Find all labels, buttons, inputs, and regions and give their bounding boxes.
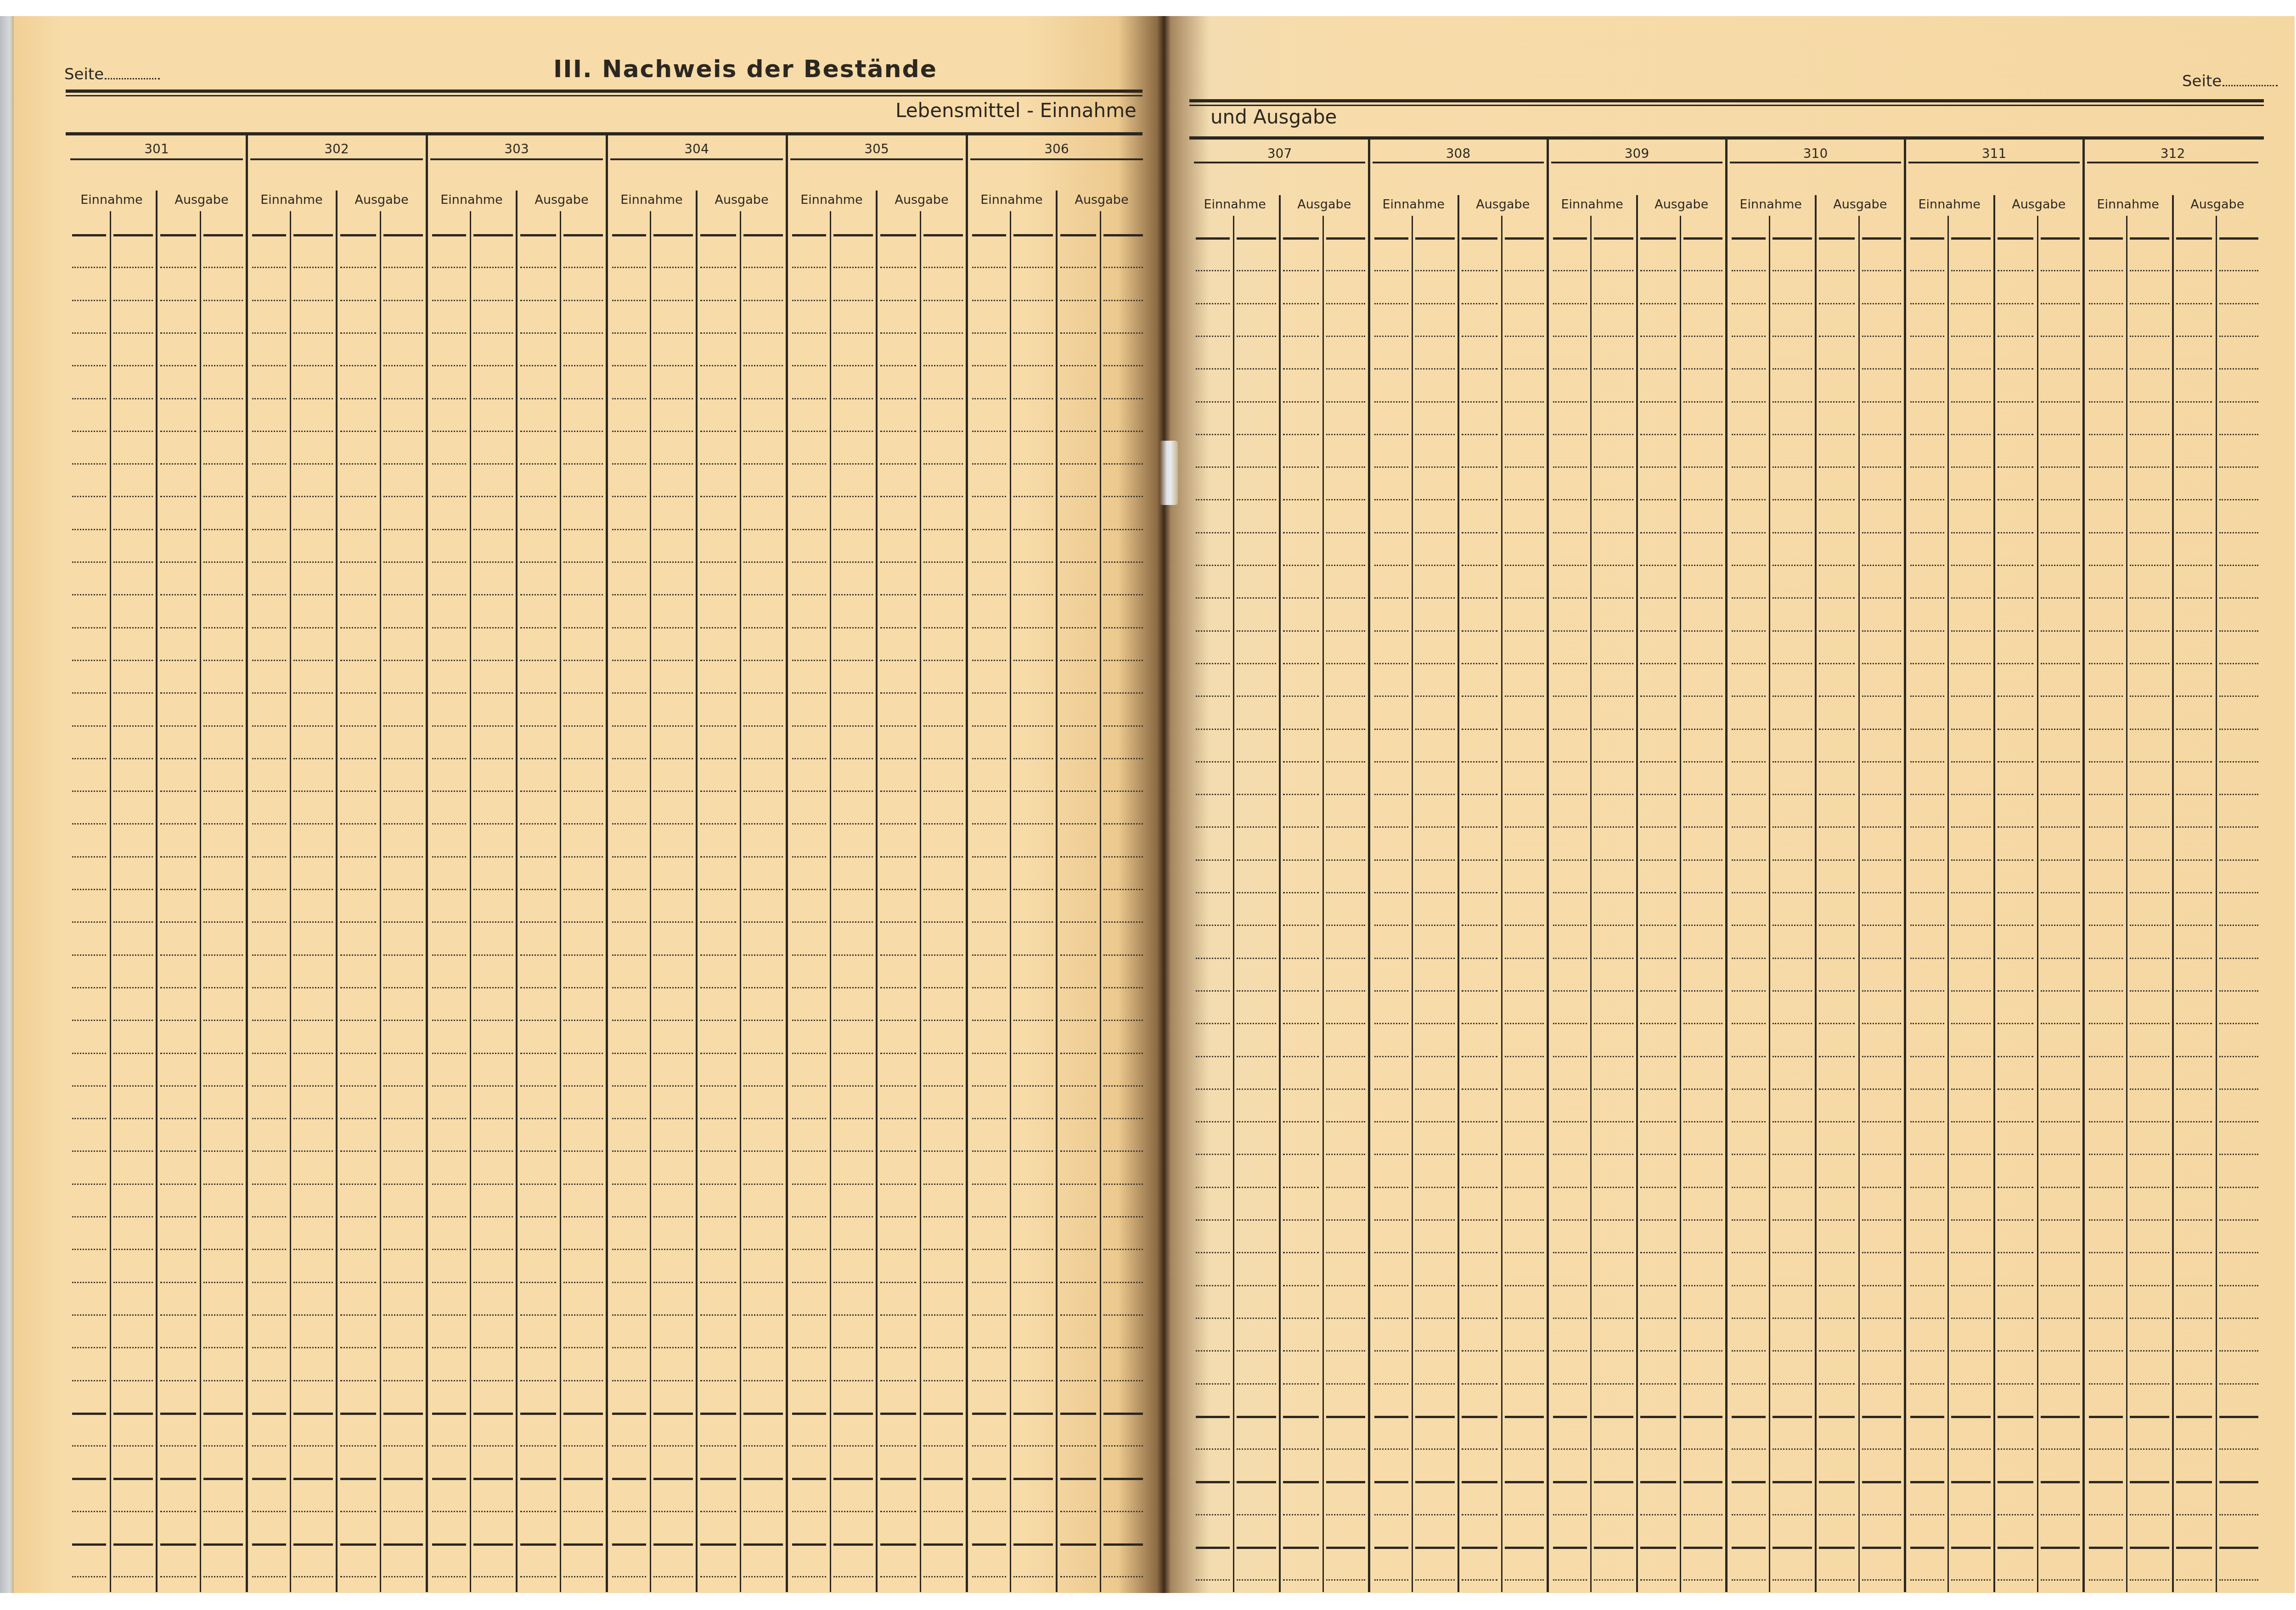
ledger-row-dotted-line — [1415, 1350, 1455, 1352]
ledger-row-dotted-line — [293, 758, 333, 759]
ledger-row-dotted-line — [1374, 892, 1408, 893]
unit-split-line — [110, 211, 111, 1592]
ledger-row-dotted-line — [1910, 729, 1944, 730]
ledger-row-dotted-line — [700, 431, 736, 432]
ledger-row-dotted-line — [1819, 696, 1855, 697]
ledger-row-dotted-line — [340, 1118, 376, 1119]
ledger-row-dotted-line — [1773, 597, 1812, 599]
ledger-row-dotted-line — [203, 463, 243, 465]
ledger-row-dotted-line — [1060, 594, 1096, 595]
ledger-row-dotted-line — [203, 561, 243, 563]
ledger-row-dotted-line — [563, 1282, 603, 1283]
ledger-row-dotted-line — [293, 1380, 333, 1381]
ledger-row-dotted-line — [972, 1347, 1006, 1348]
ledger-row-dotted-line — [432, 267, 466, 268]
ledger-row-solid-line — [383, 1543, 423, 1546]
ledger-row-dotted-line — [473, 496, 513, 497]
ledger-row-dotted-line — [880, 856, 916, 858]
ledger-row-dotted-line — [833, 1118, 873, 1119]
ledger-row-dotted-line — [252, 856, 286, 858]
ledger-row-dotted-line — [880, 1576, 916, 1577]
ledger-row-dotted-line — [743, 791, 783, 792]
ledger-row-dotted-line — [880, 1380, 916, 1381]
ledger-row-dotted-line — [1683, 434, 1723, 435]
ledger-row-dotted-line — [1060, 561, 1096, 563]
ledger-row-dotted-line — [1910, 630, 1944, 632]
ledger-row-dotted-line — [743, 889, 783, 890]
ledger-row-dotted-line — [383, 1576, 423, 1577]
ledger-row-dotted-line — [2041, 499, 2080, 500]
ledger-row-dotted-line — [792, 823, 826, 825]
ledger-row-dotted-line — [1910, 1088, 1944, 1090]
ledger-row-dotted-line — [203, 300, 243, 301]
ledger-row-dotted-line — [1998, 729, 2033, 730]
ledger-row-dotted-line — [1819, 1285, 1855, 1286]
ledger-row-dotted-line — [473, 791, 513, 792]
ledger-row-dotted-line — [1415, 761, 1455, 763]
ledger-row-dotted-line — [432, 1282, 466, 1283]
ledger-row-dotted-line — [1415, 1514, 1455, 1515]
ledger-row-dotted-line — [432, 1347, 466, 1348]
ledger-row-dotted-line — [2176, 990, 2212, 992]
ledger-row-dotted-line — [293, 398, 333, 399]
ledger-row-dotted-line — [203, 987, 243, 988]
ledger-row-dotted-line — [1196, 729, 1230, 730]
ledger-row-dotted-line — [880, 1020, 916, 1021]
ledger-row-solid-line — [1283, 1547, 1319, 1549]
ledger-row-dotted-line — [1283, 761, 1319, 763]
ledger-row-dotted-line — [563, 1216, 603, 1217]
ledger-row-dotted-line — [113, 1511, 153, 1512]
ledger-row-dotted-line — [2130, 401, 2169, 403]
ledger-row-dotted-line — [1196, 434, 1230, 435]
ledger-row-dotted-line — [252, 823, 286, 825]
ledger-row-solid-line — [1683, 1481, 1723, 1483]
ledger-row-dotted-line — [383, 431, 423, 432]
ledger-row-dotted-line — [1326, 1252, 1366, 1253]
ledger-row-dotted-line — [612, 1380, 646, 1381]
ledger-row-dotted-line — [743, 1020, 783, 1021]
ledger-row-dotted-line — [972, 987, 1006, 988]
column-group-number: 311 — [1905, 146, 2083, 161]
ledger-row-dotted-line — [1910, 859, 1944, 861]
ledger-row-dotted-line — [1462, 499, 1497, 500]
ledger-row-dotted-line — [1013, 1085, 1053, 1087]
ledger-row-dotted-line — [1196, 1285, 1230, 1286]
ledger-row-dotted-line — [1910, 663, 1944, 664]
ledger-row-dotted-line — [1998, 663, 2033, 664]
ledger-row-dotted-line — [1013, 300, 1053, 301]
ledger-row-dotted-line — [1998, 1154, 2033, 1155]
ledger-row-dotted-line — [1732, 1285, 1766, 1286]
ledger-row-dotted-line — [792, 1314, 826, 1316]
ledger-row-solid-line — [2130, 1547, 2169, 1549]
ledger-row-dotted-line — [653, 856, 693, 858]
ledger-row-dotted-line — [432, 1380, 466, 1381]
ledger-row-dotted-line — [923, 398, 963, 399]
left-page-number-field[interactable]: Seite — [64, 67, 160, 82]
ledger-row-dotted-line — [293, 1053, 333, 1054]
ledger-row-dotted-line — [160, 332, 196, 334]
ledger-row-dotted-line — [1326, 663, 1366, 664]
ledger-row-dotted-line — [1553, 761, 1587, 763]
ledger-row-dotted-line — [653, 332, 693, 334]
ledger-row-dotted-line — [2219, 1350, 2259, 1352]
ledger-row-dotted-line — [972, 758, 1006, 759]
ledger-row-dotted-line — [2130, 336, 2169, 337]
ledger-row-dotted-line — [1819, 1056, 1855, 1057]
ledger-row-dotted-line — [473, 1282, 513, 1283]
ledger-row-dotted-line — [203, 1347, 243, 1348]
ledger-row-dotted-line — [340, 398, 376, 399]
ledger-row-dotted-line — [1951, 1056, 1991, 1057]
ledger-row-dotted-line — [2219, 532, 2259, 533]
ledger-row-dotted-line — [203, 431, 243, 432]
einnahme-header: Einnahme — [247, 193, 337, 207]
ledger-row-dotted-line — [383, 1053, 423, 1054]
page-number-blank[interactable] — [2223, 85, 2278, 86]
ledger-row-dotted-line — [473, 594, 513, 595]
ledger-row-dotted-line — [340, 1511, 376, 1512]
ledger-row-dotted-line — [1553, 1088, 1587, 1090]
ledger-row-dotted-line — [1415, 892, 1455, 893]
ledger-row-dotted-line — [1237, 925, 1276, 926]
ledger-row-dotted-line — [833, 561, 873, 563]
ledger-row-dotted-line — [1374, 1121, 1408, 1122]
ledger-row-dotted-line — [2041, 1121, 2080, 1122]
ledger-row-dotted-line — [1283, 532, 1319, 533]
ledger-row-solid-line — [293, 1478, 333, 1480]
ledger-row-dotted-line — [203, 627, 243, 628]
einnahme-ausgabe-divider — [1056, 191, 1058, 1592]
ledger-row-dotted-line — [340, 1445, 376, 1447]
ledger-row-dotted-line — [1819, 532, 1855, 533]
ledger-row-dotted-line — [1683, 1350, 1723, 1352]
ledger-row-dotted-line — [563, 594, 603, 595]
header-base-line — [1910, 237, 1944, 240]
ledger-row-dotted-line — [1862, 336, 1902, 337]
ledger-row-dotted-line — [612, 267, 646, 268]
ledger-row-dotted-line — [1819, 270, 1855, 271]
ledger-row-dotted-line — [293, 823, 333, 825]
ledger-row-dotted-line — [612, 660, 646, 661]
ledger-row-dotted-line — [1505, 925, 1544, 926]
ledger-row-dotted-line — [880, 300, 916, 301]
ledger-row-dotted-line — [2219, 1383, 2259, 1385]
einnahme-header: Einnahme — [427, 193, 517, 207]
ledger-row-dotted-line — [252, 267, 286, 268]
ledger-row-dotted-line — [1415, 663, 1455, 664]
ledger-row-dotted-line — [160, 365, 196, 366]
ledger-row-dotted-line — [432, 496, 466, 497]
ledger-row-dotted-line — [880, 1184, 916, 1185]
ledger-row-dotted-line — [2130, 1285, 2169, 1286]
ledger-row-dotted-line — [923, 1445, 963, 1447]
ledger-row-solid-line — [1326, 1547, 1366, 1549]
ledger-row-dotted-line — [743, 1511, 783, 1512]
ledger-row-dotted-line — [340, 431, 376, 432]
ledger-row-dotted-line — [2219, 1252, 2259, 1253]
ledger-row-dotted-line — [563, 823, 603, 825]
ledger-row-dotted-line — [72, 1347, 106, 1348]
ledger-row-dotted-line — [1683, 532, 1723, 533]
page-label: Seite — [2182, 72, 2222, 90]
ledger-row-dotted-line — [1326, 303, 1366, 304]
ledger-row-dotted-line — [252, 463, 286, 465]
ledger-row-dotted-line — [340, 1020, 376, 1021]
ledger-row-dotted-line — [1862, 401, 1902, 403]
ledger-row-dotted-line — [923, 1314, 963, 1316]
ledger-row-dotted-line — [563, 791, 603, 792]
ledger-row-dotted-line — [2041, 466, 2080, 468]
ledger-row-dotted-line — [252, 496, 286, 497]
ledger-row-dotted-line — [383, 1020, 423, 1021]
ledger-row-dotted-line — [1998, 1088, 2033, 1090]
ledger-row-dotted-line — [520, 529, 556, 530]
ledger-row-dotted-line — [293, 1282, 333, 1283]
header-base-line — [1283, 237, 1319, 240]
ledger-row-dotted-line — [293, 267, 333, 268]
ledger-row-solid-line — [700, 1413, 736, 1415]
ledger-row-dotted-line — [473, 267, 513, 268]
ledger-row-dotted-line — [743, 267, 783, 268]
ledger-row-dotted-line — [743, 529, 783, 530]
ledger-row-solid-line — [1732, 1481, 1766, 1483]
ledger-row-dotted-line — [1283, 826, 1319, 828]
ledger-row-dotted-line — [1283, 1023, 1319, 1024]
ledger-row-dotted-line — [383, 1511, 423, 1512]
ledger-row-dotted-line — [612, 1053, 646, 1054]
ausgabe-header: Ausgabe — [1057, 193, 1147, 207]
ledger-row-dotted-line — [1910, 1056, 1944, 1057]
ledger-row-dotted-line — [1732, 368, 1766, 370]
ledger-row-dotted-line — [1862, 270, 1902, 271]
ledger-row-dotted-line — [743, 1282, 783, 1283]
ledger-row-dotted-line — [113, 758, 153, 759]
ledger-row-dotted-line — [203, 1380, 243, 1381]
ledger-row-dotted-line — [1594, 1219, 1633, 1221]
ledger-row-dotted-line — [2130, 958, 2169, 959]
ledger-row-dotted-line — [1732, 1383, 1766, 1385]
ledger-row-dotted-line — [2089, 1088, 2123, 1090]
ledger-row-dotted-line — [2041, 1219, 2080, 1221]
group-number-underline — [610, 158, 783, 160]
ledger-row-dotted-line — [72, 1282, 106, 1283]
ledger-row-dotted-line — [1773, 1023, 1812, 1024]
ledger-row-dotted-line — [1415, 434, 1455, 435]
ledger-row-dotted-line — [293, 1216, 333, 1217]
ledger-row-dotted-line — [1326, 434, 1366, 435]
ledger-row-dotted-line — [1196, 1187, 1230, 1188]
group-divider-line — [1368, 138, 1370, 1592]
unit-split-line — [830, 211, 831, 1592]
ledger-row-dotted-line — [160, 267, 196, 268]
ledger-row-dotted-line — [792, 594, 826, 595]
ledger-row-dotted-line — [1998, 532, 2033, 533]
ledger-row-dotted-line — [160, 1216, 196, 1217]
ledger-row-dotted-line — [1013, 856, 1053, 858]
ledger-row-dotted-line — [1415, 1252, 1455, 1253]
ledger-row-dotted-line — [432, 987, 466, 988]
ledger-row-dotted-line — [1819, 1088, 1855, 1090]
ledger-row-dotted-line — [1237, 1579, 1276, 1581]
ledger-row-dotted-line — [563, 1347, 603, 1348]
ledger-row-dotted-line — [1862, 1088, 1902, 1090]
ledger-row-dotted-line — [1505, 565, 1544, 566]
ledger-row-dotted-line — [1553, 925, 1587, 926]
ledger-row-dotted-line — [1732, 761, 1766, 763]
ledger-row-dotted-line — [432, 561, 466, 563]
ledger-row-dotted-line — [880, 1085, 916, 1087]
header-base-line — [203, 234, 243, 236]
ledger-row-dotted-line — [2219, 892, 2259, 893]
ledger-row-dotted-line — [1196, 499, 1230, 500]
ledger-row-dotted-line — [1683, 1318, 1723, 1319]
ledger-row-dotted-line — [473, 856, 513, 858]
ledger-row-dotted-line — [473, 1380, 513, 1381]
ledger-row-dotted-line — [1819, 565, 1855, 566]
ledger-row-dotted-line — [383, 660, 423, 661]
ledger-row-dotted-line — [1326, 794, 1366, 795]
ledger-row-dotted-line — [1773, 401, 1812, 403]
column-group-number: 307 — [1190, 146, 1369, 161]
ledger-row-dotted-line — [72, 627, 106, 628]
ledger-row-dotted-line — [1773, 1187, 1812, 1188]
ledger-row-dotted-line — [833, 1184, 873, 1185]
ledger-row-dotted-line — [160, 398, 196, 399]
ledger-row-dotted-line — [1462, 1318, 1497, 1319]
ledger-row-dotted-line — [1013, 1445, 1053, 1447]
ledger-row-dotted-line — [72, 1184, 106, 1185]
ledger-row-dotted-line — [1819, 1187, 1855, 1188]
ledger-row-dotted-line — [2041, 1514, 2080, 1515]
ledger-row-dotted-line — [653, 791, 693, 792]
ledger-row-dotted-line — [743, 921, 783, 923]
ledger-row-dotted-line — [700, 856, 736, 858]
ledger-row-dotted-line — [653, 267, 693, 268]
ledger-row-dotted-line — [432, 529, 466, 530]
ledger-row-dotted-line — [880, 1282, 916, 1283]
ledger-row-dotted-line — [113, 594, 153, 595]
ledger-row-dotted-line — [1998, 761, 2033, 763]
ledger-row-solid-line — [2041, 1547, 2080, 1549]
ledger-row-dotted-line — [113, 823, 153, 825]
ledger-row-solid-line — [1237, 1547, 1276, 1549]
ledger-row-dotted-line — [203, 921, 243, 923]
ledger-row-dotted-line — [1103, 889, 1143, 890]
ledger-row-dotted-line — [1594, 1350, 1633, 1352]
ledger-row-dotted-line — [383, 856, 423, 858]
ledger-row-dotted-line — [653, 921, 693, 923]
ledger-row-solid-line — [833, 1478, 873, 1480]
ledger-row-dotted-line — [1374, 958, 1408, 959]
ledger-row-dotted-line — [383, 300, 423, 301]
ledger-row-dotted-line — [700, 1380, 736, 1381]
ledger-row-solid-line — [293, 1543, 333, 1546]
ledger-row-dotted-line — [1732, 892, 1766, 893]
ledger-row-dotted-line — [340, 267, 376, 268]
ledger-row-dotted-line — [1415, 1285, 1455, 1286]
ledger-row-dotted-line — [1505, 958, 1544, 959]
ledger-row-dotted-line — [1553, 1448, 1587, 1450]
ledger-row-dotted-line — [1553, 1579, 1587, 1581]
ledger-row-dotted-line — [473, 561, 513, 563]
ledger-row-dotted-line — [2176, 597, 2212, 599]
ledger-row-dotted-line — [1594, 499, 1633, 500]
ledger-row-dotted-line — [1103, 1184, 1143, 1185]
ledger-row-solid-line — [743, 1543, 783, 1546]
ledger-row-dotted-line — [2219, 466, 2259, 468]
ledger-row-dotted-line — [1998, 696, 2033, 697]
ledger-row-dotted-line — [1326, 958, 1366, 959]
ledger-row-dotted-line — [113, 332, 153, 334]
ledger-row-dotted-line — [1640, 303, 1676, 304]
ledger-row-dotted-line — [1640, 532, 1676, 533]
ledger-row-dotted-line — [972, 660, 1006, 661]
right-page-number-field[interactable]: Seite — [2182, 73, 2278, 89]
page-number-blank[interactable] — [105, 78, 160, 79]
ledger-row-dotted-line — [203, 1020, 243, 1021]
ledger-row-dotted-line — [2176, 565, 2212, 566]
ledger-row-dotted-line — [1237, 368, 1276, 370]
ledger-row-dotted-line — [1640, 630, 1676, 632]
ledger-row-dotted-line — [1773, 1088, 1812, 1090]
ledger-row-dotted-line — [653, 1053, 693, 1054]
ledger-row-dotted-line — [1374, 1252, 1408, 1253]
ledger-row-dotted-line — [2130, 270, 2169, 271]
ledger-row-dotted-line — [700, 692, 736, 694]
header-base-line — [113, 234, 153, 236]
ledger-row-dotted-line — [1862, 1187, 1902, 1188]
group-divider-line — [2082, 138, 2085, 1592]
ledger-row-dotted-line — [2176, 696, 2212, 697]
ledger-row-dotted-line — [1640, 1154, 1676, 1155]
ledger-row-dotted-line — [1103, 1216, 1143, 1217]
ledger-row-dotted-line — [1862, 630, 1902, 632]
ledger-row-dotted-line — [340, 1576, 376, 1577]
ledger-row-dotted-line — [880, 660, 916, 661]
ledger-row-dotted-line — [653, 398, 693, 399]
ledger-row-dotted-line — [72, 856, 106, 858]
ledger-row-dotted-line — [1553, 958, 1587, 959]
ledger-row-dotted-line — [383, 758, 423, 759]
group-divider-line — [1904, 138, 1906, 1592]
ledger-row-dotted-line — [1196, 1023, 1230, 1024]
ledger-row-dotted-line — [1683, 1383, 1723, 1385]
ledger-row-dotted-line — [1326, 336, 1366, 337]
ledger-row-dotted-line — [340, 889, 376, 890]
ledger-row-dotted-line — [743, 365, 783, 366]
ledger-row-dotted-line — [612, 725, 646, 727]
ledger-row-dotted-line — [113, 1314, 153, 1316]
ledger-row-dotted-line — [1060, 1347, 1096, 1348]
ledger-row-dotted-line — [520, 463, 556, 465]
ledger-row-solid-line — [700, 1478, 736, 1480]
ledger-row-dotted-line — [923, 267, 963, 268]
ledger-row-dotted-line — [2130, 1023, 2169, 1024]
ledger-row-dotted-line — [2041, 1383, 2080, 1385]
ledger-row-dotted-line — [1998, 794, 2033, 795]
ledger-row-dotted-line — [293, 1511, 333, 1512]
ledger-row-dotted-line — [1103, 1118, 1143, 1119]
ledger-row-dotted-line — [1415, 696, 1455, 697]
header-base-line — [1683, 237, 1723, 240]
ledger-row-dotted-line — [1415, 1383, 1455, 1385]
ledger-row-dotted-line — [252, 1445, 286, 1447]
ledger-row-dotted-line — [113, 1118, 153, 1119]
ledger-row-dotted-line — [1374, 1285, 1408, 1286]
ledger-row-solid-line — [653, 1413, 693, 1415]
